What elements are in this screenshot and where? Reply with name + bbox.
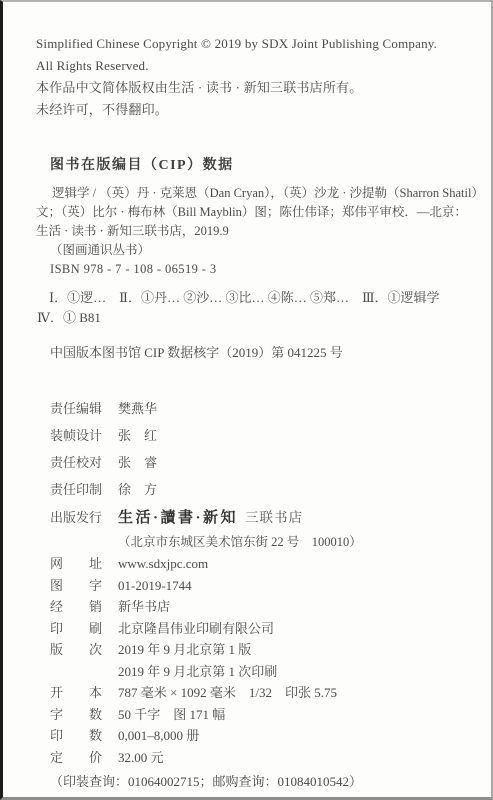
detail-value: 32.00 元 — [118, 747, 164, 766]
detail-value: 北京隆昌伟业印刷有限公司 — [118, 618, 274, 637]
detail-value: 0,001–8,000 册 — [118, 725, 199, 744]
inquiry-phone-note: （印装查询：01064002715；邮购查询：01084010542） — [50, 771, 477, 790]
cip-description-line: 生活 · 读书 · 新知三联书店，2019.9 — [36, 222, 477, 241]
detail-value: 787 毫米 × 1092 毫米 1/32 印张 5.75 — [118, 682, 337, 701]
staff-row: 责任编辑 樊燕华 — [36, 398, 477, 425]
staff-name: 张 红 — [118, 425, 157, 444]
copyright-line-chinese: 本作品中文简体版权由生活 · 读书 · 新知三联书店所有。 — [36, 77, 477, 99]
detail-value: 01-2019-1744 — [118, 578, 192, 594]
publisher-row: 出版发行 生活·讀書·新知三联书店 — [36, 506, 477, 532]
staff-name: 徐 方 — [118, 479, 157, 498]
publisher-address: （北京市东城区美术馆东街 22 号 100010） — [118, 532, 477, 553]
detail-row: 印 数 0,001–8,000 册 — [36, 725, 477, 747]
staff-row: 责任印制 徐 方 — [36, 479, 477, 506]
detail-row: 印 刷 北京隆昌伟业印刷有限公司 — [36, 618, 477, 640]
detail-row: 版 次 2019 年 9 月北京第 1 版 — [36, 639, 477, 661]
cip-classification: Ⅰ．①逻… Ⅱ．①丹… ②沙… ③比… ④陈… ⑤郑… Ⅲ．①逻辑学 Ⅳ．① B… — [36, 288, 477, 328]
detail-label: 经 销 — [50, 596, 106, 615]
copyright-notice-block: Simplified Chinese Copyright © 2019 by S… — [36, 33, 477, 121]
rights-reserved-line: All Rights Reserved. — [36, 55, 477, 77]
staff-row: 装帧设计 张 红 — [36, 425, 477, 452]
staff-credits-block: 责任编辑 樊燕华 装帧设计 张 红 责任校对 张 睿 责任印制 徐 方 — [36, 398, 477, 506]
staff-name: 樊燕华 — [118, 398, 157, 417]
detail-row: 字 数 50 千字 图 171 幅 — [36, 704, 477, 726]
detail-value: www.sdxjpc.com — [118, 556, 208, 572]
series-title: （图画通识丛书） — [50, 241, 477, 260]
staff-role-label: 责任校对 — [50, 452, 106, 471]
page-content: Simplified Chinese Copyright © 2019 by S… — [3, 2, 491, 790]
cip-description: 逻辑学 / （英）丹 · 克莱恩（Dan Cryan），（英）沙龙 · 沙提勒（… — [36, 184, 477, 279]
cip-description-line: 逻辑学 / （英）丹 · 克莱恩（Dan Cryan），（英）沙龙 · 沙提勒（… — [36, 184, 477, 203]
classification-line: Ⅰ．①逻… Ⅱ．①丹… ②沙… ③比… ④陈… ⑤郑… Ⅲ．①逻辑学 — [49, 288, 477, 308]
detail-row: 经 销 新华书店 — [36, 596, 477, 618]
detail-label: 开 本 — [50, 682, 106, 701]
staff-role-label: 责任印制 — [50, 479, 106, 498]
detail-value: 2019 年 9 月北京第 1 次印刷 — [118, 661, 277, 680]
detail-label: 版 次 — [50, 639, 106, 658]
detail-row: 开 本 787 毫米 × 1092 毫米 1/32 印张 5.75 — [36, 682, 477, 704]
staff-name: 张 睿 — [118, 452, 157, 471]
classification-line: Ⅳ．① B81 — [37, 308, 477, 328]
isbn-number: ISBN 978 - 7 - 108 - 06519 - 3 — [50, 260, 477, 279]
no-reprint-line: 未经许可，不得翻印。 — [36, 99, 477, 121]
publisher-name: 三联书店 — [245, 510, 303, 525]
detail-value: 2019 年 9 月北京第 1 版 — [118, 639, 251, 658]
detail-value: 新华书店 — [118, 596, 170, 615]
detail-label: 字 数 — [50, 704, 106, 723]
detail-row: 定 价 32.00 元 — [36, 747, 477, 769]
detail-row: 2019 年 9 月北京第 1 次印刷 — [36, 661, 477, 683]
publisher-value: 生活·讀書·新知三联书店 — [118, 506, 303, 527]
detail-label: 图 字 — [50, 575, 106, 594]
staff-row: 责任校对 张 睿 — [36, 452, 477, 479]
copyright-line-english: Simplified Chinese Copyright © 2019 by S… — [36, 33, 477, 55]
cip-description-line: 文；（英）比尔 · 梅布林（Bill Mayblin）图；陈仕伟译；郑伟平审校．… — [36, 203, 477, 222]
staff-role-label: 责任编辑 — [50, 398, 106, 417]
detail-row: 图 字 01-2019-1744 — [36, 575, 477, 597]
publication-details-block: 网 址 www.sdxjpc.com 图 字 01-2019-1744 经 销 … — [36, 553, 477, 768]
detail-value: 50 千字 图 171 幅 — [118, 704, 225, 723]
detail-label: 网 址 — [50, 553, 106, 572]
colophon-page: Simplified Chinese Copyright © 2019 by S… — [0, 0, 493, 800]
detail-label: 定 价 — [50, 747, 106, 766]
staff-role-label: 装帧设计 — [50, 425, 106, 444]
cip-registry-number: 中国版本图书馆 CIP 数据核字（2019）第 041225 号 — [50, 342, 477, 361]
publisher-brand-logotype: 生活·讀書·新知 — [118, 510, 238, 526]
cip-heading: 图书在版编目（CIP）数据 — [50, 154, 477, 174]
detail-label: 印 刷 — [50, 618, 106, 637]
detail-label: 印 数 — [50, 725, 106, 744]
publisher-label: 出版发行 — [50, 507, 106, 526]
detail-row: 网 址 www.sdxjpc.com — [36, 553, 477, 575]
